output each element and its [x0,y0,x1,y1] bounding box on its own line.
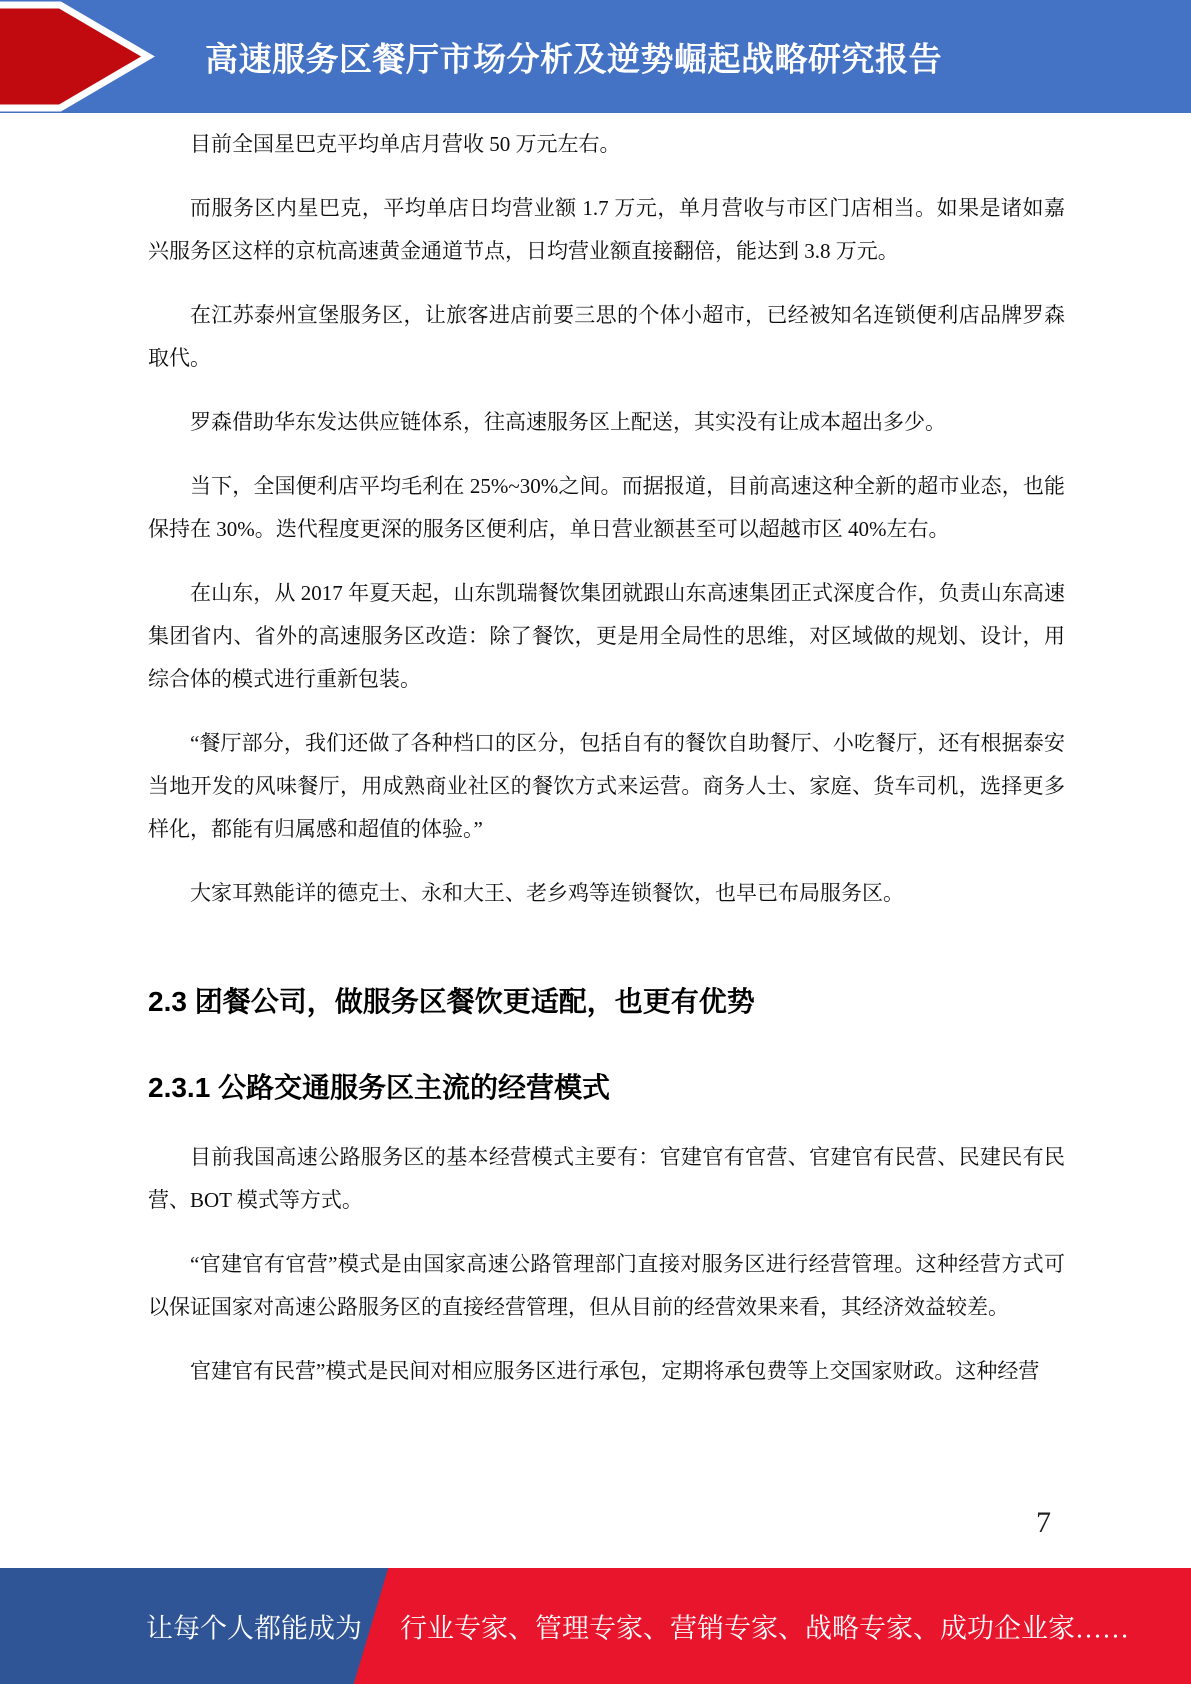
paragraph: 在江苏泰州宣堡服务区，让旅客进店前要三思的个体小超市，已经被知名连锁便利店品牌罗… [148,294,1065,380]
paragraph: 在山东，从 2017 年夏天起，山东凯瑞餐饮集团就跟山东高速集团正式深度合作，负… [148,572,1065,701]
paragraph: 罗森借助华东发达供应链体系，往高速服务区上配送，其实没有让成本超出多少。 [148,401,1065,444]
paragraph: 目前全国星巴克平均单店月营收 50 万元左右。 [148,123,1065,166]
paragraph: 目前我国高速公路服务区的基本经营模式主要有：官建官有官营、官建官有民营、民建民有… [148,1136,1065,1222]
report-title: 高速服务区餐厅市场分析及逆势崛起战略研究报告 [205,33,942,80]
red-chevron-icon [0,0,170,113]
document-page: 高速服务区餐厅市场分析及逆势崛起战略研究报告 目前全国星巴克平均单店月营收 50… [0,0,1191,1684]
paragraph: 大家耳熟能详的德克士、永和大王、老乡鸡等连锁餐饮，也早已布局服务区。 [148,872,1065,915]
section-heading-2-3-1: 2.3.1 公路交通服务区主流的经营模式 [148,1070,1065,1106]
page-number: 7 [1036,1506,1051,1540]
paragraph: 官建官有民营”模式是民间对相应服务区进行承包，定期将承包费等上交国家财政。这种经… [148,1350,1065,1393]
document-body: 目前全国星巴克平均单店月营收 50 万元左右。 而服务区内星巴克，平均单店日均营… [0,113,1191,1414]
paragraph: “餐厅部分，我们还做了各种档口的区分，包括自有的餐饮自助餐厅、小吃餐厅，还有根据… [148,722,1065,851]
paragraph: 当下，全国便利店平均毛利在 25%~30%之间。而据报道，目前高速这种全新的超市… [148,465,1065,551]
header-banner: 高速服务区餐厅市场分析及逆势崛起战略研究报告 [0,0,1191,113]
footer-banner: 让每个人都能成为 行业专家、管理专家、营销专家、战略专家、成功企业家…… [0,1568,1191,1684]
paragraph: “官建官有官营”模式是由国家高速公路管理部门直接对服务区进行经营管理。这种经营方… [148,1243,1065,1329]
footer-tagline-left: 让每个人都能成为 [146,1607,362,1646]
footer-tagline-right: 行业专家、管理专家、营销专家、战略专家、成功企业家…… [400,1607,1129,1646]
section-heading-2-3: 2.3 团餐公司，做服务区餐饮更适配，也更有优势 [148,984,1065,1020]
paragraph: 而服务区内星巴克，平均单店日均营业额 1.7 万元，单月营收与市区门店相当。如果… [148,187,1065,273]
